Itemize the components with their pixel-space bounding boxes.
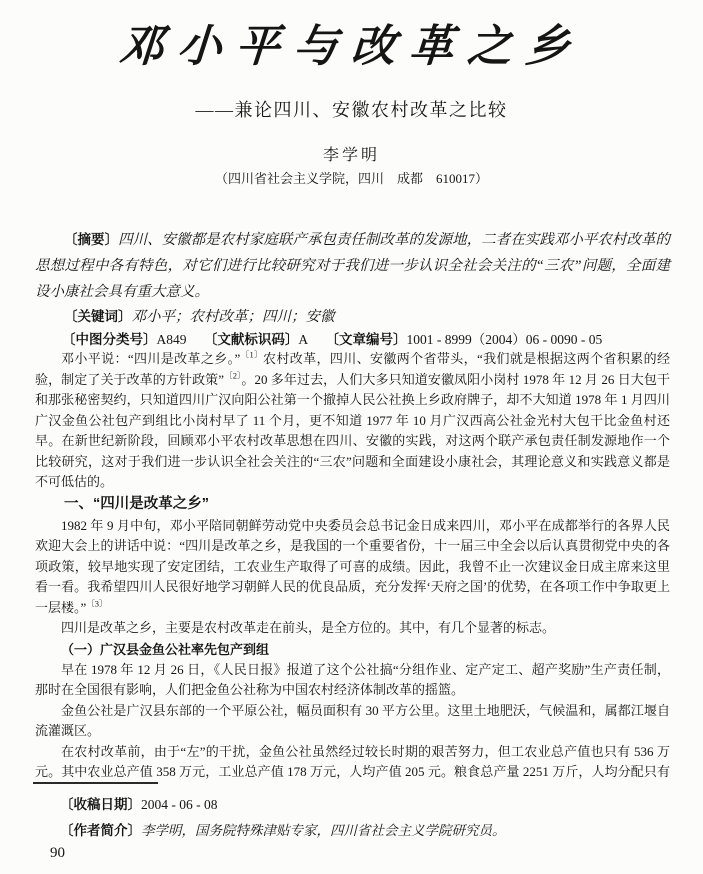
- article-subtitle: ——兼论四川、安徽农村改革之比较: [0, 98, 703, 122]
- clc-value: A849: [157, 332, 187, 347]
- paragraph: 早在 1978 年 12 月 26 日，《人民日报》报道了这个公社搞“分组作业、…: [35, 660, 670, 701]
- article-no-label: 〔文章编号〕: [326, 332, 407, 347]
- author-bio-label: 〔作者简介〕: [60, 823, 141, 838]
- author-affiliation: （四川省社会主义学院，四川 成都 610017）: [0, 170, 703, 188]
- article-title: 邓小平与改革之乡: [0, 18, 703, 76]
- author-bio-line: 〔作者简介〕李学明，国务院特殊津贴专家，四川省社会主义学院研究员。: [33, 818, 670, 844]
- received-date-line: 〔收稿日期〕2004 - 06 - 08: [33, 792, 670, 818]
- page-number: 90: [50, 843, 65, 863]
- clc-group: 〔中图分类号〕A849: [62, 332, 187, 347]
- paragraph: 邓小平说：“四川是改革之乡。”〔1〕农村改革，四川、安徽两个省带头，“我们就是根…: [35, 349, 670, 493]
- article-no-value: 1001 - 8999（2004）06 - 0090 - 05: [407, 332, 603, 347]
- article-body: 邓小平说：“四川是改革之乡。”〔1〕农村改革，四川、安徽两个省带头，“我们就是根…: [35, 349, 670, 782]
- keywords-label: 〔关键词〕: [64, 309, 132, 324]
- doc-code-label: 〔文献标识码〕: [204, 332, 299, 347]
- keywords-text: 邓小平；农村改革；四川；安徽: [132, 309, 335, 325]
- citation-ref: 〔2〕: [224, 370, 241, 380]
- paragraph: 在农村改革前，由于“左”的干扰，金鱼公社虽然经过较长时期的艰苦努力，但工农业总产…: [35, 742, 670, 783]
- paragraph: 四川是改革之乡，主要是农村改革走在前头，是全方位的。其中，有几个显著的标志。: [35, 618, 670, 639]
- journal-article-page: 邓小平与改革之乡 ——兼论四川、安徽农村改革之比较 李学明 （四川省社会主义学院…: [0, 0, 703, 874]
- clc-label: 〔中图分类号〕: [62, 332, 157, 347]
- received-date-value: 2004 - 06 - 08: [141, 797, 218, 812]
- author-bio-value: 李学明，国务院特殊津贴专家，四川省社会主义学院研究员。: [141, 823, 506, 838]
- footnote-area: 〔收稿日期〕2004 - 06 - 08 〔作者简介〕李学明，国务院特殊津贴专家…: [33, 782, 670, 844]
- article-no-group: 〔文章编号〕1001 - 8999（2004）06 - 0090 - 05: [326, 332, 603, 347]
- doc-code-group: 〔文献标识码〕A: [204, 332, 308, 347]
- section-heading: 一、“四川是改革之乡”: [35, 493, 670, 516]
- paragraph: 金鱼公社是广汉县东部的一个平原公社，幅员面积有 30 平方公里。这里土地肥沃，气…: [35, 701, 670, 742]
- author-name: 李学明: [0, 146, 703, 166]
- keywords: 〔关键词〕邓小平；农村改革；四川；安徽: [35, 305, 670, 329]
- abstract-label: 〔摘要〕: [64, 232, 118, 247]
- abstract: 〔摘要〕四川、安徽都是农村家庭联产承包责任制改革的发源地，二者在实践邓小平农村改…: [35, 227, 670, 305]
- citation-ref: 〔3〕: [86, 598, 107, 608]
- subsection-heading: （一）广汉县金鱼公社率先包产到组: [35, 639, 670, 660]
- footnote-divider: [33, 782, 158, 784]
- paragraph: 1982 年 9 月中旬，邓小平陪同朝鲜劳动党中央委员会总书记金日成来四川，邓小…: [35, 516, 670, 619]
- article-meta: 〔摘要〕四川、安徽都是农村家庭联产承包责任制改革的发源地，二者在实践邓小平农村改…: [35, 227, 670, 351]
- received-date-label: 〔收稿日期〕: [60, 797, 141, 812]
- classification-line: 〔中图分类号〕A849 〔文献标识码〕A 〔文章编号〕1001 - 8999（2…: [35, 329, 670, 351]
- abstract-text: 四川、安徽都是农村家庭联产承包责任制改革的发源地，二者在实践邓小平农村改革的思想…: [35, 232, 670, 300]
- citation-ref: 〔1〕: [240, 350, 263, 360]
- doc-code-value: A: [298, 332, 308, 347]
